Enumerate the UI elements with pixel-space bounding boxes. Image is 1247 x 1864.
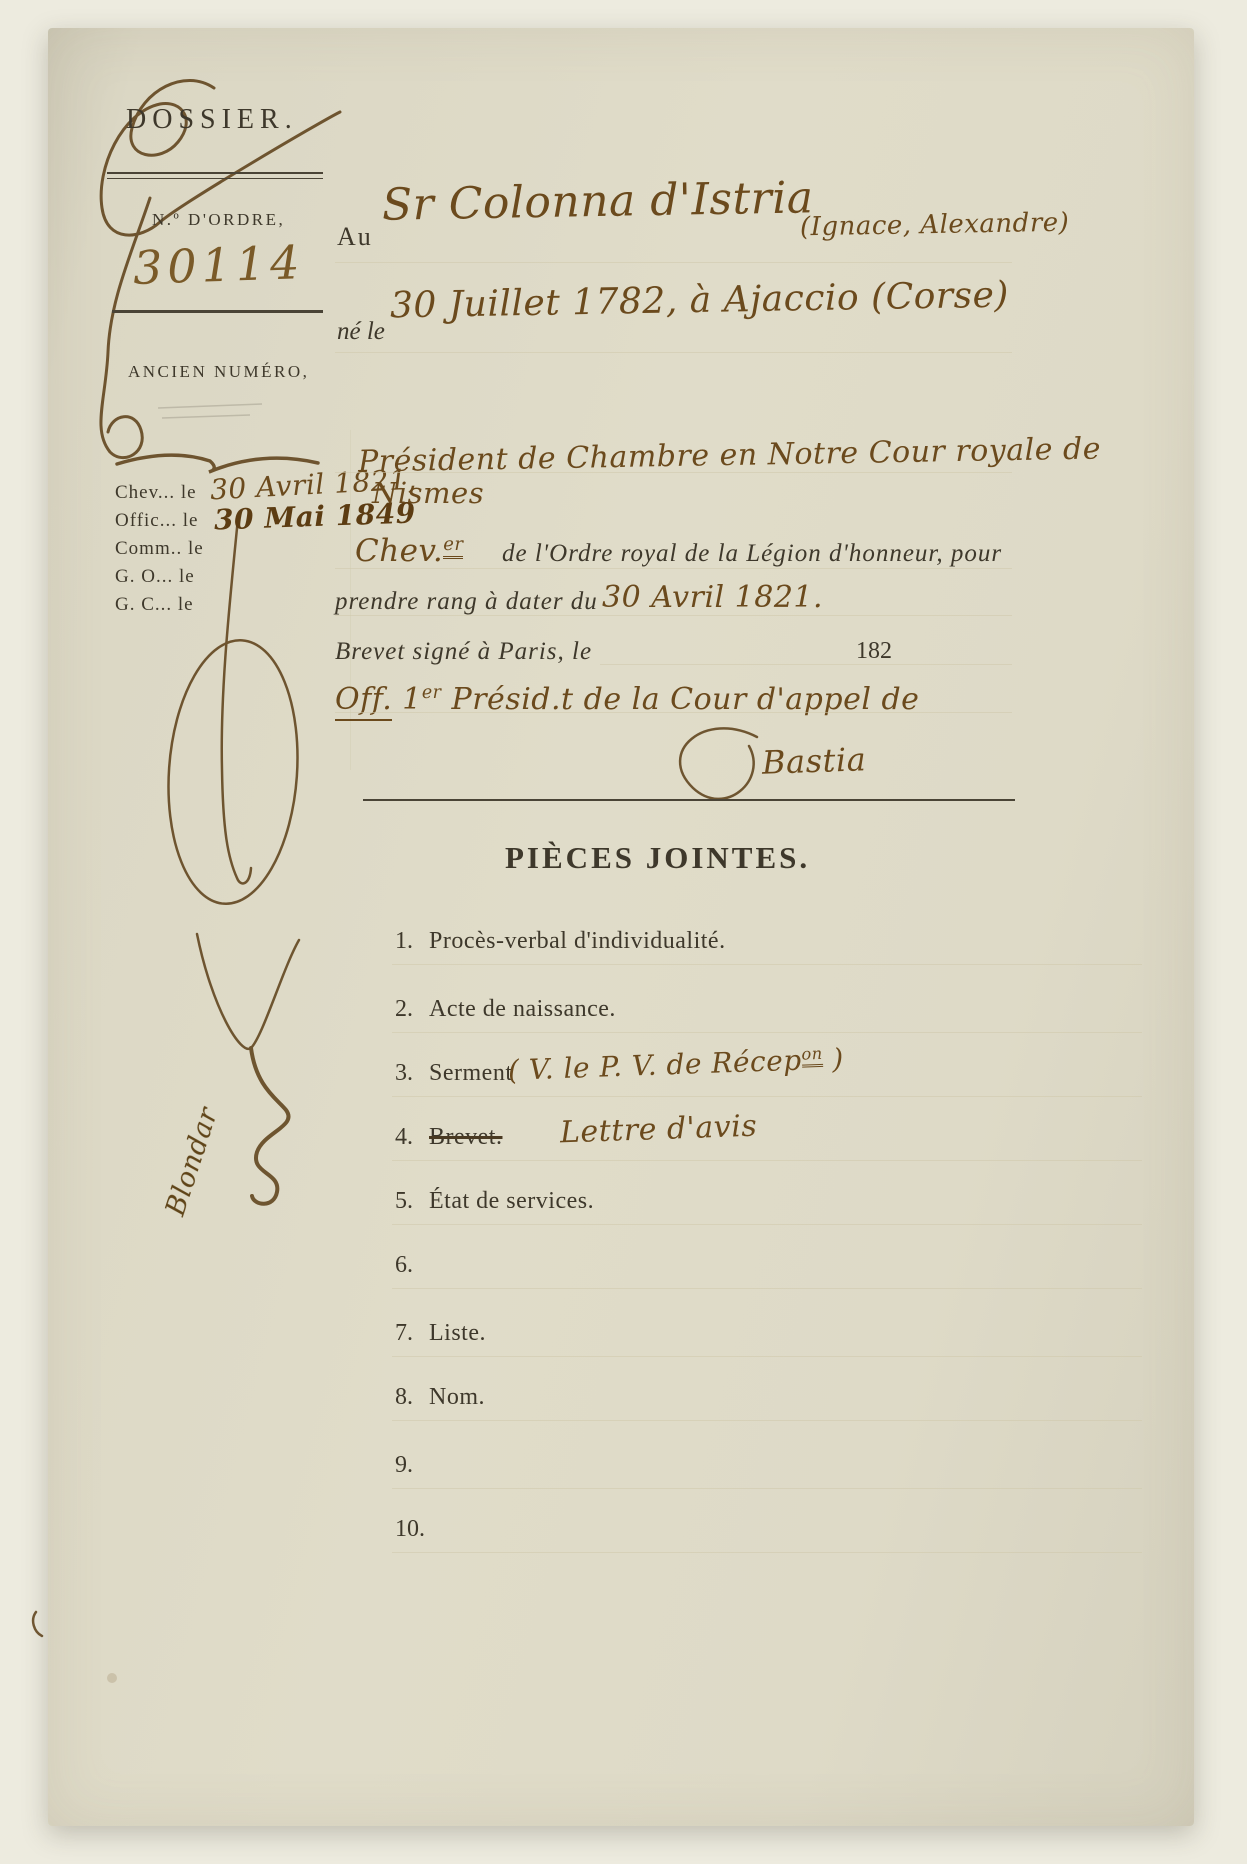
ruled-line bbox=[600, 664, 1012, 665]
promotion-city-hand: Bastia bbox=[761, 740, 866, 782]
office-city-hand: Nismes bbox=[372, 476, 484, 510]
title-rule bbox=[107, 172, 323, 179]
piece-number: 1. bbox=[395, 928, 429, 955]
promotion-number-sup: er bbox=[422, 683, 442, 703]
order-rule bbox=[112, 310, 323, 313]
piece-number: 2. bbox=[395, 996, 429, 1023]
section-rule bbox=[363, 799, 1015, 801]
grade-label-chevalier: Chev... le bbox=[115, 482, 197, 504]
old-number-label: ANCIEN NUMÉRO, bbox=[128, 362, 309, 382]
piece-item-6: 6. bbox=[395, 1252, 429, 1279]
grade-label-grand-officier: G. O... le bbox=[115, 566, 195, 588]
piece-item-10: 10. bbox=[395, 1516, 429, 1543]
salutation-printed: Au bbox=[337, 222, 373, 252]
piece-label: Nom. bbox=[429, 1384, 485, 1410]
piece-item-5: 5.État de services. bbox=[395, 1188, 594, 1215]
piece-number: 5. bbox=[395, 1188, 429, 1215]
order-name-printed: de l'Ordre royal de la Légion d'honneur,… bbox=[502, 540, 1002, 568]
ruled-line bbox=[335, 712, 1012, 713]
piece-number: 8. bbox=[395, 1384, 429, 1411]
recipient-name-hand: Sr Colonna d'Istria bbox=[382, 172, 814, 231]
document-scan: DOSSIER. N.º D'ORDRE, 30114 ANCIEN NUMÉR… bbox=[0, 0, 1247, 1864]
rank-abbrev-hand: Chev.er bbox=[355, 533, 463, 569]
piece-label: État de services. bbox=[429, 1188, 594, 1214]
ruled-line bbox=[392, 1356, 1142, 1357]
piece-4-hand-note: Lettre d'avis bbox=[559, 1109, 757, 1151]
ruled-line bbox=[335, 352, 1012, 353]
order-number-value: 30114 bbox=[132, 235, 305, 295]
piece-number: 10. bbox=[395, 1516, 429, 1543]
grade-label-grand-croix: G. C... le bbox=[115, 594, 194, 616]
piece-number: 3. bbox=[395, 1060, 429, 1087]
ruled-line bbox=[392, 1488, 1142, 1489]
rank-date-hand: 30 Avril 1821. bbox=[602, 580, 823, 615]
ruled-line bbox=[392, 1096, 1142, 1097]
piece-number: 9. bbox=[395, 1452, 429, 1479]
ruled-line bbox=[392, 1160, 1142, 1161]
piece-number: 6. bbox=[395, 1252, 429, 1279]
piece-label: Liste. bbox=[429, 1320, 486, 1346]
ruled-line bbox=[392, 1552, 1142, 1553]
piece-item-7: 7.Liste. bbox=[395, 1320, 486, 1347]
rank-abbrev-text: Chev. bbox=[355, 533, 443, 569]
piece-item-9: 9. bbox=[395, 1452, 429, 1479]
ruled-line bbox=[335, 615, 1012, 616]
piece-number: 4. bbox=[395, 1124, 429, 1151]
brevet-year-printed: 182 bbox=[856, 638, 892, 665]
piece-label: Acte de naissance. bbox=[429, 996, 616, 1022]
piece-3-hand-close: ) bbox=[822, 1042, 844, 1076]
piece-label: Procès-verbal d'individualité. bbox=[429, 928, 726, 954]
brevet-printed: Brevet signé à Paris, le bbox=[335, 638, 592, 666]
pieces-jointes-heading: PIÈCES JOINTES. bbox=[505, 840, 810, 876]
ruled-line bbox=[335, 472, 1012, 473]
ruled-line bbox=[392, 1288, 1142, 1289]
rank-abbrev-sup: er bbox=[443, 534, 463, 559]
edge-ink-mark bbox=[33, 1612, 42, 1636]
piece-item-4: 4.Brevet. bbox=[395, 1124, 502, 1151]
recipient-forenames-hand: (Ignace, Alexandre) bbox=[800, 208, 1070, 243]
piece-number: 7. bbox=[395, 1320, 429, 1347]
ruled-line bbox=[335, 262, 1012, 263]
ruled-line bbox=[392, 1224, 1142, 1225]
ruled-line bbox=[335, 568, 1012, 569]
ruled-line bbox=[392, 1032, 1142, 1033]
grade-label-officier: Offic... le bbox=[115, 510, 198, 532]
dossier-title: DOSSIER. bbox=[126, 104, 298, 136]
ruled-line bbox=[392, 964, 1142, 965]
born-printed: né le bbox=[337, 318, 385, 346]
piece-label: Serment bbox=[429, 1060, 512, 1086]
promotion-abbrev: Off. bbox=[335, 682, 392, 721]
ruled-line bbox=[392, 1420, 1142, 1421]
rank-date-printed: prendre rang à dater du bbox=[335, 588, 598, 616]
piece-3-hand-sup: on bbox=[801, 1044, 823, 1068]
piece-item-3: 3.Serment bbox=[395, 1060, 512, 1087]
piece-label-struck: Brevet. bbox=[429, 1124, 502, 1150]
piece-item-2: 2.Acte de naissance. bbox=[395, 996, 616, 1023]
piece-item-1: 1.Procès-verbal d'individualité. bbox=[395, 928, 726, 955]
grade-label-commandeur: Comm.. le bbox=[115, 538, 204, 560]
piece-item-8: 8.Nom. bbox=[395, 1384, 485, 1411]
order-number-label: N.º D'ORDRE, bbox=[152, 210, 285, 230]
